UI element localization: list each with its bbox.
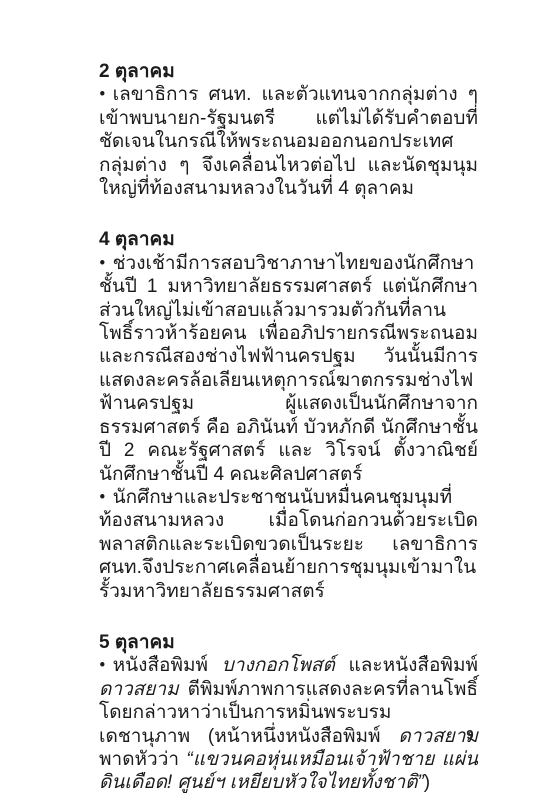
paragraph-text: และหนังสือพิมพ์	[335, 655, 478, 676]
section-october-2: 2 ตุลาคม •เลขาธิการ ศนท. และตัวแทนจากกลุ…	[99, 60, 478, 200]
section-heading: 5 ตุลาคม	[99, 631, 478, 654]
bullet-marker: •	[99, 488, 105, 508]
paragraph-text: นักศึกษาและประชาชนนับหมื่นคนชุมนุมที่ท้อ…	[99, 487, 478, 602]
bullet-paragraph: •เลขาธิการ ศนท. และตัวแทนจากกลุ่มต่าง ๆ …	[99, 83, 478, 200]
paragraph-text: เลขาธิการ ศนท. และตัวแทนจากกลุ่มต่าง ๆ เ…	[99, 84, 478, 199]
section-heading: 4 ตุลาคม	[99, 228, 478, 251]
bullet-paragraph: •ช่วงเช้ามีการสอบวิชาภาษาไทยของนักศึกษาช…	[99, 252, 478, 486]
bullet-paragraph: •นักศึกษาและประชาชนนับหมื่นคนชุมนุมที่ท้…	[99, 486, 478, 603]
section-october-4: 4 ตุลาคม •ช่วงเช้ามีการสอบวิชาภาษาไทยของ…	[99, 228, 478, 603]
paragraph-text: ช่วงเช้ามีการสอบวิชาภาษาไทยของนักศึกษาชั…	[99, 253, 478, 485]
bullet-marker: •	[99, 254, 105, 274]
newspaper-name-dao-siam: ดาวสยาม	[99, 679, 179, 700]
paragraph-text: พาดหัวว่า	[99, 749, 186, 770]
bullet-marker: •	[99, 85, 105, 105]
newspaper-name-bangkok-post: บางกอกโพสต์	[222, 655, 335, 676]
page-number: 9	[460, 727, 480, 742]
bullet-paragraph: •หนังสือพิมพ์ บางกอกโพสต์ และหนังสือพิมพ…	[99, 654, 478, 794]
bullet-marker: •	[99, 656, 105, 676]
paragraph-text: )	[424, 772, 430, 793]
text-block: 2 ตุลาคม •เลขาธิการ ศนท. และตัวแทนจากกลุ…	[99, 60, 478, 794]
section-october-5: 5 ตุลาคม •หนังสือพิมพ์ บางกอกโพสต์ และหน…	[99, 631, 478, 794]
document-page: 2 ตุลาคม •เลขาธิการ ศนท. และตัวแทนจากกลุ…	[0, 0, 546, 794]
section-heading: 2 ตุลาคม	[99, 60, 478, 83]
paragraph-text: หนังสือพิมพ์	[113, 655, 222, 676]
